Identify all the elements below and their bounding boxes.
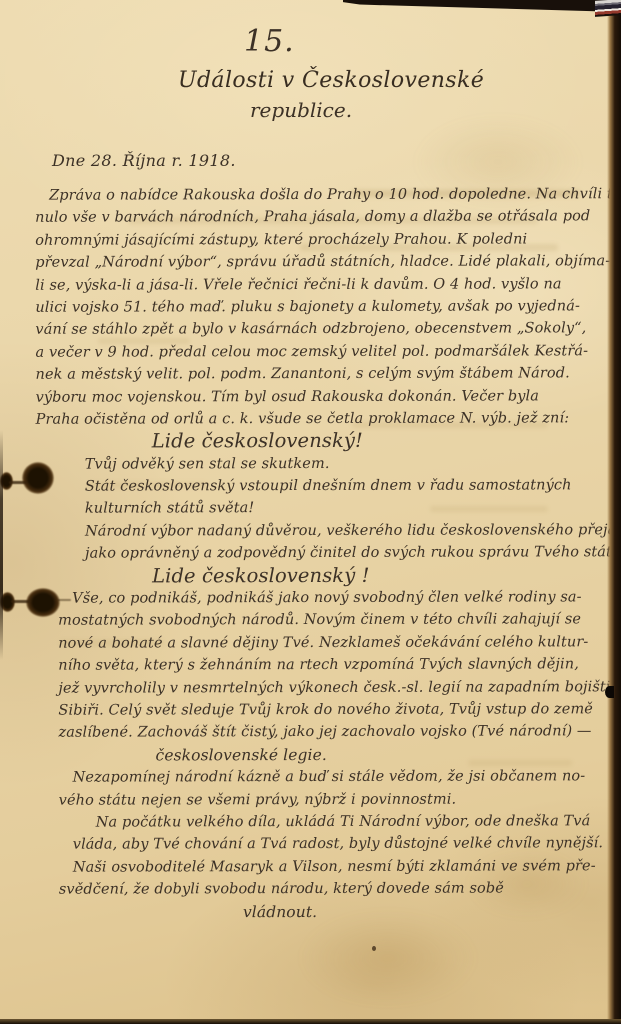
manuscript-line: Lide československý ! xyxy=(152,564,621,588)
manuscript-line: vládnout. xyxy=(243,900,621,923)
manuscript-line: ulici vojsko 51. tého maď. pluku s bajon… xyxy=(35,295,620,319)
manuscript-line: jako oprávněný a zodpovědný činitel do s… xyxy=(85,541,621,565)
chapter-title-line-2: republice. xyxy=(250,98,352,122)
manuscript-line: výboru moc vojenskou. Tím byl osud Rakou… xyxy=(36,385,621,409)
photo-background-right-edge xyxy=(607,5,621,1024)
binding-ink-blot-bottom xyxy=(0,586,80,626)
manuscript-line: Zpráva o nabídce Rakouska došla do Prahy… xyxy=(49,183,620,207)
manuscript-line: vého státu nejen se všemi právy, nýbrž i… xyxy=(59,788,621,812)
manuscript-line: Sibiři. Celý svět sleduje Tvůj krok do n… xyxy=(58,698,621,722)
paper-stain xyxy=(300,912,476,1004)
date-heading: Dne 28. Října r. 1918. xyxy=(52,151,236,170)
manuscript-line: svědčení, že dobyli svobodu národu, kter… xyxy=(59,877,621,901)
manuscript-line: Praha očistěna od orlů a c. k. všude se … xyxy=(36,407,621,431)
manuscript-line: nové a bohaté a slavné dějiny Tvé. Nezkl… xyxy=(58,631,621,655)
manuscript-line: nek a městský velit. pol. podm. Zananton… xyxy=(36,362,621,386)
manuscript-line: kulturních států světa! xyxy=(85,497,621,521)
binding-ink-blot-top xyxy=(0,460,64,500)
manuscript-line: československé legie. xyxy=(155,743,621,767)
manuscript-line: Lide československý! xyxy=(152,429,621,453)
manuscript-line: Na počátku velkého díla, ukládá Ti Národ… xyxy=(96,810,621,834)
chapter-title-line-1: Události v Československé xyxy=(178,68,484,93)
ink-speck xyxy=(372,946,376,951)
photo-background-top-edge xyxy=(343,0,621,12)
manuscript-line: převzal „Národní výbor“, správu úřadů st… xyxy=(35,250,620,274)
photo-background-left-edge xyxy=(0,430,3,660)
manuscript-line: jež vyvrcholily v nesmrtelných výkonech … xyxy=(58,676,621,700)
manuscript-line: vání se stáhlo zpět a bylo v kasárnách o… xyxy=(35,318,620,342)
manuscript-line: Vše, co podnikáš, podnikáš jako nový svo… xyxy=(72,586,621,610)
manuscript-page: 15. Události v Československé republice.… xyxy=(0,0,621,1024)
manuscript-line: Stát československý vstoupil dnešním dne… xyxy=(85,474,621,498)
manuscript-line: Naši osvoboditelé Masaryk a Vilson, nesm… xyxy=(73,855,621,879)
manuscript-line: ního světa, který s žehnáním na rtech vz… xyxy=(58,653,621,677)
photo-background-bottom-edge xyxy=(0,1019,621,1024)
manuscript-line: Národní výbor nadaný důvěrou, veškerého … xyxy=(85,519,621,543)
manuscript-line: Tvůj odvěký sen stal se skutkem. xyxy=(85,452,621,476)
manuscript-line: a večer v 9 hod. předal celou moc zemský… xyxy=(35,340,620,364)
manuscript-line: li se, výska-li a jása-li. Vřele řečnici… xyxy=(35,273,620,297)
manuscript-line: zaslíbené. Zachováš štít čistý, jako jej… xyxy=(58,721,621,745)
color-strip-corner-tag xyxy=(595,0,621,17)
manuscript-body: Zpráva o nabídce Rakouska došla do Prahy… xyxy=(0,183,621,924)
manuscript-line: nulo vše v barvách národních, Praha jása… xyxy=(35,206,620,230)
page-number: 15. xyxy=(244,24,295,59)
manuscript-line: mostatných svobodných národů. Novým čine… xyxy=(58,609,621,633)
manuscript-line: ohromnými jásajícími zástupy, které proc… xyxy=(35,228,620,252)
manuscript-line: Nezapomínej národní kázně a buď si stále… xyxy=(73,765,621,789)
right-edge-ink-mark xyxy=(605,686,614,698)
manuscript-line: vláda, aby Tvé chování a Tvá radost, byl… xyxy=(73,833,621,857)
